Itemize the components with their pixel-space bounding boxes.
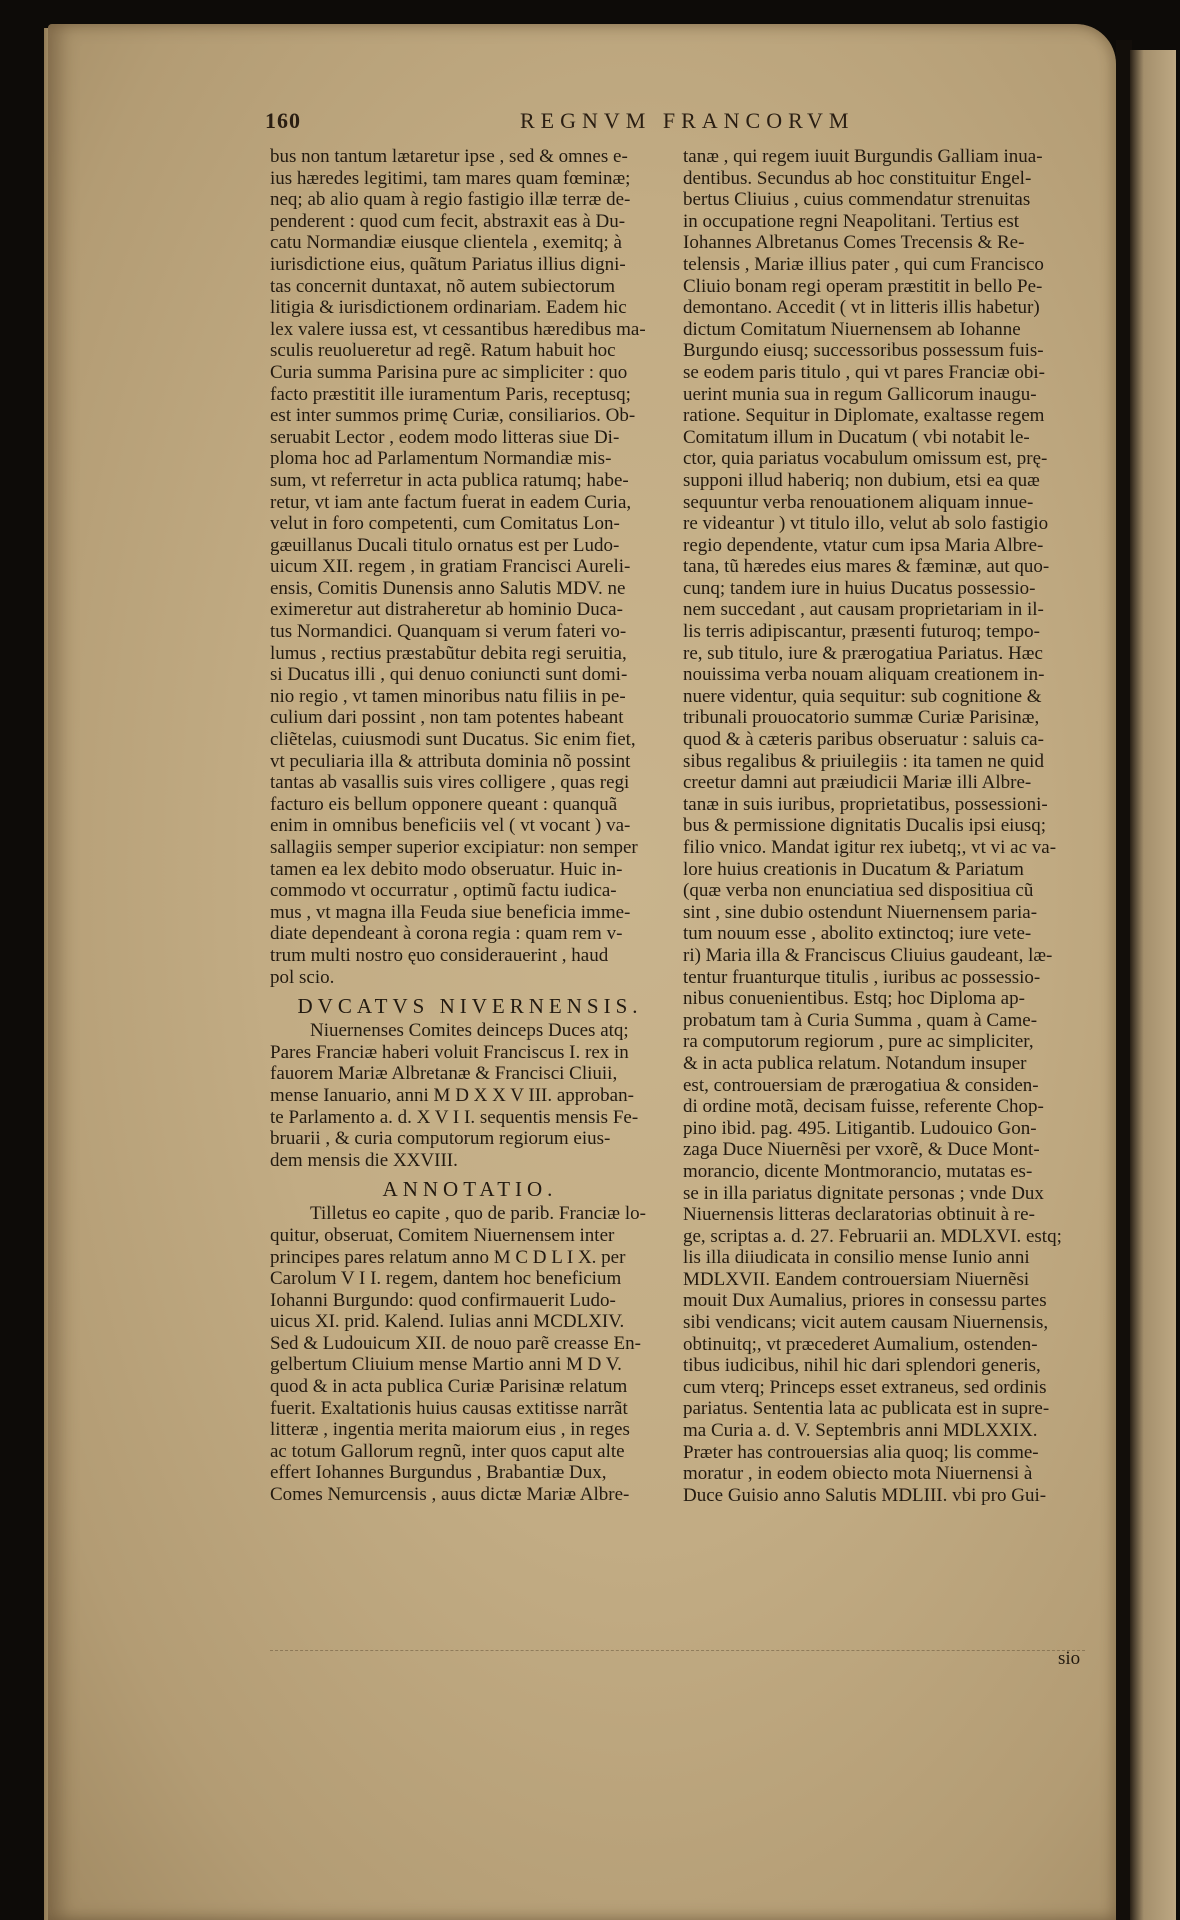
text-line: mense Ianuario, anni M D X X V III. appr… (270, 1085, 670, 1107)
text-line: penderent : quod cum fecit, abstraxit ea… (270, 211, 670, 233)
text-line: mus , vt magna illa Feuda siue beneficia… (270, 902, 670, 924)
text-line: ma Curia a. d. V. Septembris anni MDLXXI… (683, 1420, 1088, 1442)
text-line: nuere videntur, quia sequitur: sub cogni… (683, 686, 1088, 708)
text-line: velut in foro competenti, cum Comitatus … (270, 513, 670, 535)
text-line: trum multi nostro ęuo considerauerint , … (270, 945, 670, 967)
text-line: tanæ , qui regem iuuit Burgundis Galliam… (683, 146, 1088, 168)
text-line: Niuernensis litteras declaratorias obtin… (683, 1204, 1088, 1226)
text-line: uicum XII. regem , in gratiam Francisci … (270, 556, 670, 578)
text-line: eximeretur aut distraheretur ab hominio … (270, 599, 670, 621)
text-line: morancio, dicente Montmorancio, mutatas … (683, 1161, 1088, 1183)
text-line: sint , sine dubio ostendunt Niuernensem … (683, 902, 1088, 924)
text-line: tum nouum esse , abolito extinctoq; iure… (683, 923, 1088, 945)
running-head: 160 REGNVM FRANCORVM (265, 108, 1085, 138)
text-line: Niuernenses Comites deinceps Duces atq; (270, 1020, 670, 1042)
text-line: cliẽtelas, cuiusmodi sunt Ducatus. Sic e… (270, 729, 670, 751)
text-line: regio dependente, vtatur cum ipsa Maria … (683, 535, 1088, 557)
right-column: tanæ , qui regem iuuit Burgundis Galliam… (683, 146, 1088, 1506)
text-line: bertus Cliuius , cuius commendatur stren… (683, 189, 1088, 211)
text-line: cum vterq; Princeps esset extraneus, sed… (683, 1377, 1088, 1399)
text-line: nibus conuenientibus. Estq; hoc Diploma … (683, 988, 1088, 1010)
text-line: tamen ea lex debito modo obseruatur. Hui… (270, 859, 670, 881)
text-line: commodo vt occurratur , optimũ factu iud… (270, 880, 670, 902)
text-line: Præter has controuersias alia quoq; lis … (683, 1442, 1088, 1464)
text-line: ratione. Sequitur in Diplomate, exaltass… (683, 405, 1088, 427)
text-line: tanæ in suis iuribus, proprietatibus, po… (683, 794, 1088, 816)
text-line: tas concernit duntaxat, nõ autem subiect… (270, 276, 670, 298)
text-line: seruabit Lector , eodem modo litteras si… (270, 427, 670, 449)
text-line: Sed & Ludouicum XII. de nouo parẽ creass… (270, 1333, 670, 1355)
catchword: sio (1058, 1648, 1080, 1670)
text-line: ra computorum regiorum , pure ac simplic… (683, 1031, 1088, 1053)
text-line: bus non tantum lætaretur ipse , sed & om… (270, 146, 670, 168)
text-line: pariatus. Sententia lata ac publicata es… (683, 1398, 1088, 1420)
text-line: quod & in acta publica Curiæ Parisinæ re… (270, 1376, 670, 1398)
section-heading: DVCATVS NIVERNENSIS. (270, 992, 670, 1020)
text-line: gæuillanus Ducali titulo ornatus est per… (270, 535, 670, 557)
text-line: di ordine motã, decisam fuisse, referent… (683, 1096, 1088, 1118)
text-line: demontano. Accedit ( vt in litteris illi… (683, 297, 1088, 319)
text-line: (quæ verba non enunciatiua sed dispositi… (683, 880, 1088, 902)
text-line: & in acta publica relatum. Notandum insu… (683, 1053, 1088, 1075)
text-line: fuerit. Exaltationis huius causas extiti… (270, 1398, 670, 1420)
text-line: probatum tam à Curia Summa , quam à Came… (683, 1010, 1088, 1032)
text-line: enim in omnibus beneficiis vel ( vt voca… (270, 815, 670, 837)
text-line: telensis , Mariæ illius pater , qui cum … (683, 254, 1088, 276)
text-line: dentibus. Secundus ab hoc constituitur E… (683, 168, 1088, 190)
text-line: quitur, obseruat, Comitem Niuernensem in… (270, 1225, 670, 1247)
text-line: lumus , rectius præstabũtur debita regi … (270, 643, 670, 665)
text-line: se eodem paris titulo , qui vt pares Fra… (683, 362, 1088, 384)
text-line: filio vnico. Mandat igitur rex iubetq;, … (683, 837, 1088, 859)
text-line: ge, scriptas a. d. 27. Februarii an. MDL… (683, 1226, 1088, 1248)
text-line: sallagiis semper superior excipiatur: no… (270, 837, 670, 859)
text-line: Burgundo eiusq; successoribus possessum … (683, 340, 1088, 362)
text-line: ensis, Comitis Dunensis anno Salutis MDV… (270, 578, 670, 600)
text-line: tentur fruanturque titulis , iuribus ac … (683, 967, 1088, 989)
text-line: nem succedant , aut causam proprietariam… (683, 599, 1088, 621)
text-line: lex valere iussa est, vt cessantibus hær… (270, 319, 670, 341)
text-line: uerint munia sua in regum Gallicorum ina… (683, 384, 1088, 406)
text-line: principes pares relatum anno M C D L I X… (270, 1247, 670, 1269)
text-line: obtinuitq;, vt præcederet Aumalium, oste… (683, 1334, 1088, 1356)
text-line: tibus iudicibus, nihil hic dari splendor… (683, 1355, 1088, 1377)
text-line: tantas ab vasallis suis vires colligere … (270, 772, 670, 794)
text-line: Comitatum illum in Ducatum ( vbi notabit… (683, 427, 1088, 449)
adjacent-page-edge (1130, 50, 1176, 1920)
text-line: Comes Nemurcensis , auus dictæ Mariæ Alb… (270, 1484, 670, 1506)
text-line: dictum Comitatum Niuernensem ab Iohanne (683, 319, 1088, 341)
text-line: est, controuersiam de prærogatiua & cons… (683, 1075, 1088, 1097)
text-line: litteræ , ingentia merita maiorum eius ,… (270, 1419, 670, 1441)
section-heading: ANNOTATIO. (270, 1175, 670, 1203)
text-line: Pares Franciæ haberi voluit Franciscus I… (270, 1042, 670, 1064)
text-line: supponi illud haberiq; non dubium, etsi … (683, 470, 1088, 492)
text-line: cunq; tandem iure in huius Ducatus posse… (683, 578, 1088, 600)
text-line: ctor, quia pariatus vocabulum omissum es… (683, 448, 1088, 470)
text-line: mouit Dux Aumalius, priores in consessu … (683, 1290, 1088, 1312)
text-line: si Ducatus illi , qui denuo coniuncti su… (270, 664, 670, 686)
text-line: iurisdictione eius, quãtum Pariatus illi… (270, 254, 670, 276)
text-line: lis terris adipiscantur, præsenti futuro… (683, 621, 1088, 643)
text-line: ac totum Gallorum regnũ, inter quos capu… (270, 1441, 670, 1463)
text-line: diate dependeant à corona regia : quam r… (270, 923, 670, 945)
text-line: Tilletus eo capite , quo de parib. Franc… (270, 1203, 670, 1225)
text-line: in occupatione regni Neapolitani. Tertiu… (683, 211, 1088, 233)
text-line: vt peculiaria illa & attributa dominia n… (270, 751, 670, 773)
text-line: Carolum V I I. regem, dantem hoc benefic… (270, 1268, 670, 1290)
running-title: REGNVM FRANCORVM (520, 108, 854, 134)
text-line: zaga Duce Niuernẽsi per vxorẽ, & Duce Mo… (683, 1139, 1088, 1161)
text-line: te Parlamento a. d. X V I I. sequentis m… (270, 1107, 670, 1129)
text-line: uicus XI. prid. Kalend. Iulias anni MCDL… (270, 1311, 670, 1333)
text-line: sum, vt referretur in acta publica ratum… (270, 470, 670, 492)
text-line: Curia summa Parisina pure ac simpliciter… (270, 362, 670, 384)
text-line: nouissima verba nouam aliquam creationem… (683, 664, 1088, 686)
text-line: ri) Maria illa & Franciscus Cliuius gaud… (683, 945, 1088, 967)
text-line: culium dari possint , non tam potentes h… (270, 707, 670, 729)
text-line: re, sub titulo, iure & prærogatiua Paria… (683, 643, 1088, 665)
text-line: ius hæredes legitimi, tam mares quam fœm… (270, 168, 670, 190)
text-line: sculis reuolueretur ad regẽ. Ratum habui… (270, 340, 670, 362)
text-line: est inter summos primę Curiæ, consiliari… (270, 405, 670, 427)
text-line: moratur , in eodem obiecto mota Niuernen… (683, 1463, 1088, 1485)
text-line: re videantur ) vt titulo illo, velut ab … (683, 513, 1088, 535)
text-line: bruarii , & curia computorum regiorum ei… (270, 1128, 670, 1150)
text-line: litigia & iurisdictionem ordinariam. Ead… (270, 297, 670, 319)
text-line: lis illa diiudicata in consilio mense Iu… (683, 1247, 1088, 1269)
text-line: facto præstitit ille iuramentum Paris, r… (270, 384, 670, 406)
text-line: pino ibid. pag. 495. Litigantib. Ludouic… (683, 1118, 1088, 1140)
text-line: nio regio , vt tamen minoribus natu fili… (270, 686, 670, 708)
text-line: fauorem Mariæ Albretanæ & Francisci Cliu… (270, 1063, 670, 1085)
text-line: tana, tũ hæredes eius mares & fæminæ, au… (683, 556, 1088, 578)
text-line: ploma hoc ad Parlamentum Normandiæ mis- (270, 448, 670, 470)
text-line: sibi vendicans; vicit autem causam Niuer… (683, 1312, 1088, 1334)
text-line: effert Iohannes Burgundus , Brabantiæ Du… (270, 1462, 670, 1484)
text-line: quod & à cæteris paribus obseruatur : sa… (683, 729, 1088, 751)
text-line: tus Normandici. Quanquam si verum fateri… (270, 621, 670, 643)
text-line: Iohanni Burgundo: quod confirmauerit Lud… (270, 1290, 670, 1312)
text-line: Duce Guisio anno Salutis MDLIII. vbi pro… (683, 1485, 1088, 1507)
left-column: bus non tantum lætaretur ipse , sed & om… (270, 146, 670, 1506)
text-line: dem mensis die XXVIII. (270, 1150, 670, 1172)
text-line: pol scio. (270, 967, 670, 989)
text-line: retur, vt iam ante factum fuerat in eade… (270, 492, 670, 514)
text-line: Iohannes Albretanus Comes Trecensis & Re… (683, 232, 1088, 254)
text-line: facturo eis bellum opponere queant : qua… (270, 794, 670, 816)
text-line: neq; ab alio quam à regio fastigio illæ … (270, 189, 670, 211)
text-line: catu Normandiæ eiusque clientela , exemi… (270, 232, 670, 254)
bottom-rule (270, 1650, 1085, 1651)
text-line: lore huius creationis in Ducatum & Paria… (683, 859, 1088, 881)
page-number: 160 (265, 108, 301, 134)
text-line: creetur damni aut præiudicii Mariæ illi … (683, 772, 1088, 794)
text-line: Cliuio bonam regi operam præstitit in be… (683, 276, 1088, 298)
text-line: sequuntur verba renouationem aliquam inn… (683, 492, 1088, 514)
text-line: bus & permissione dignitatis Ducalis ips… (683, 815, 1088, 837)
text-line: MDLXVII. Eandem controuersiam Niuernẽsi (683, 1269, 1088, 1291)
text-line: gelbertum Cliuium mense Martio anni M D … (270, 1354, 670, 1376)
text-line: tribunali prouocatorio summæ Curiæ Paris… (683, 707, 1088, 729)
text-line: se in illa pariatus dignitate personas ;… (683, 1183, 1088, 1205)
text-line: sibus regalibus & priuilegiis : ita tame… (683, 751, 1088, 773)
